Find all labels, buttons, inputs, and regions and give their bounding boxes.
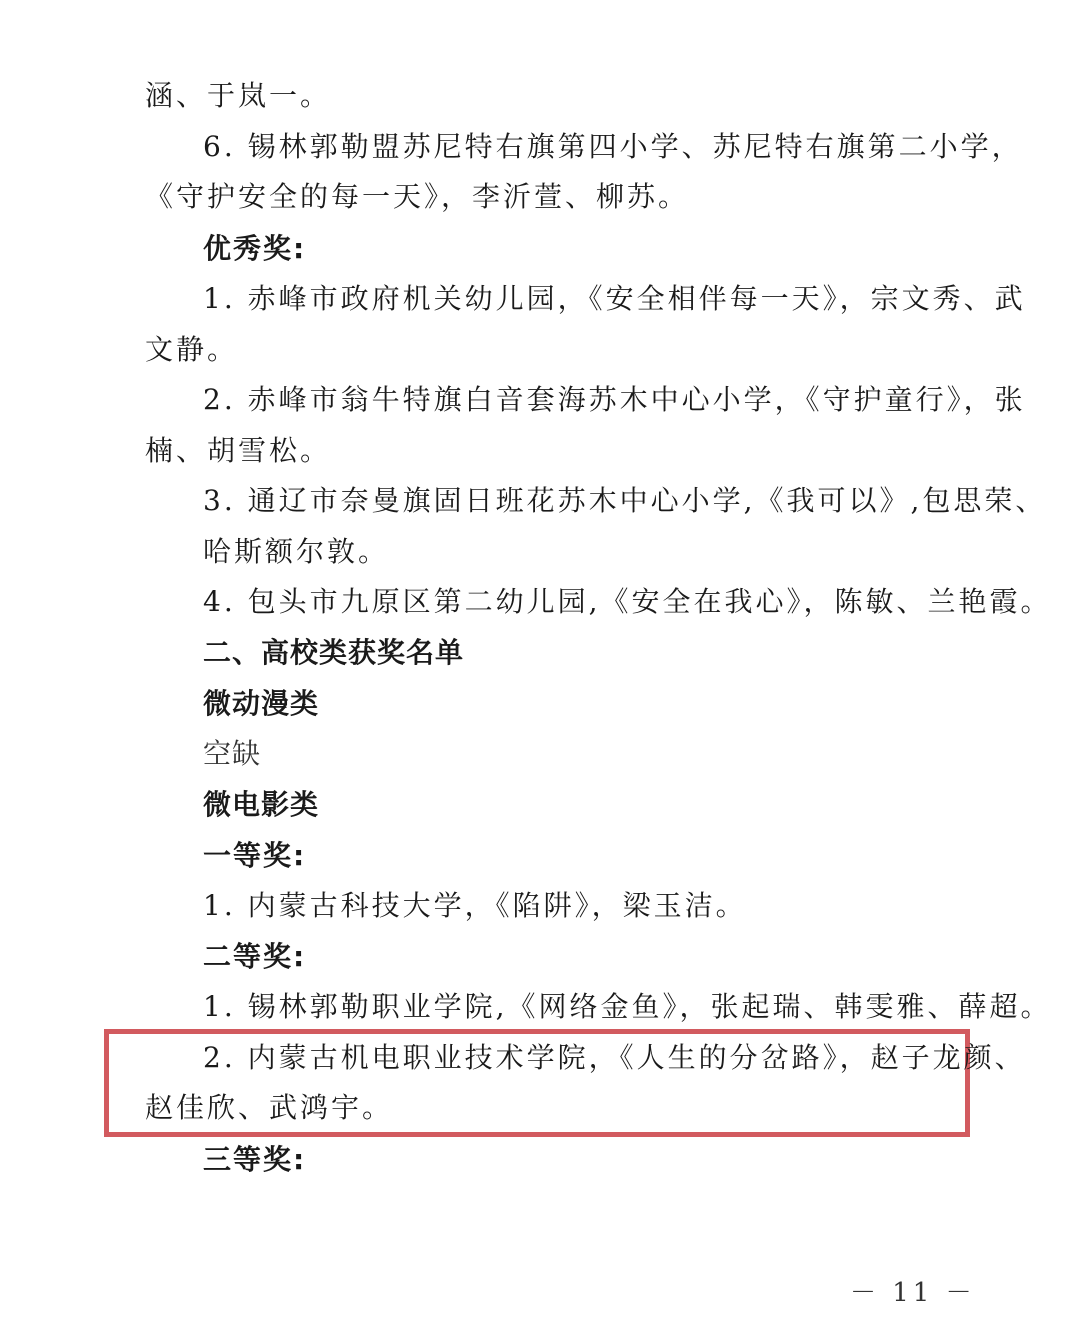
list-item: 1. 赤峰市政府机关幼儿园，《安全相伴每一天》，宗文秀、武: [203, 279, 1026, 319]
page-number: － 11 －: [850, 1272, 976, 1309]
list-item: 1. 内蒙古科技大学，《陷阱》，梁玉洁。: [203, 886, 747, 926]
award-heading-third: 三等奖:: [203, 1140, 306, 1180]
list-item: 4. 包头市九原区第二幼儿园,《安全在我心》，陈敏、兰艳霞。: [203, 582, 1052, 622]
category-heading-animation: 微动漫类: [203, 684, 319, 724]
list-item: 2. 赤峰市翁牛特旗白音套海苏木中心小学，《守护童行》，张: [203, 380, 1026, 420]
list-item: 3. 通辽市奈曼旗固日班花苏木中心小学,《我可以》,包思荣、: [203, 481, 1046, 521]
award-heading-first: 一等奖:: [203, 836, 306, 876]
text-line-highlighted: 赵佳欣、武鸿宇。: [145, 1088, 393, 1128]
section-heading: 二、高校类获奖名单: [203, 633, 464, 673]
category-heading-film: 微电影类: [203, 785, 319, 825]
text-line: 涵、于岚一。: [145, 76, 331, 116]
text-line: 哈斯额尔敦。: [203, 532, 389, 572]
text-line: 楠、胡雪松。: [145, 431, 331, 471]
list-item: 6. 锡林郭勒盟苏尼特右旗第四小学、苏尼特右旗第二小学，: [203, 127, 1023, 167]
award-heading-second: 二等奖:: [203, 937, 306, 977]
vacant-text: 空缺: [203, 734, 261, 774]
list-item-highlighted: 2. 内蒙古机电职业技术学院，《人生的分岔路》，赵子龙颜、: [203, 1038, 1026, 1078]
text-line: 文静。: [145, 330, 238, 370]
award-heading-excellence: 优秀奖:: [203, 229, 306, 269]
list-item: 1. 锡林郭勒职业学院,《网络金鱼》，张起瑞、韩雯雅、薛超。: [203, 987, 1052, 1027]
text-line: 《守护安全的每一天》，李沂萱、柳苏。: [145, 177, 689, 217]
